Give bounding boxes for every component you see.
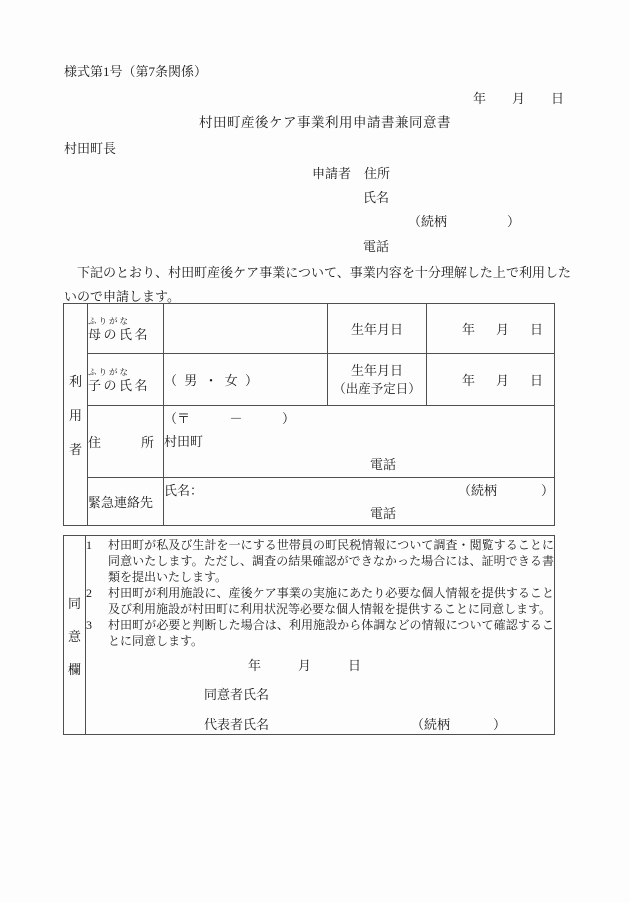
mother-furigana-label: ふりがな	[88, 316, 163, 327]
consent-item-number: 2	[86, 585, 108, 617]
postal-open-paren: （〒	[164, 407, 190, 430]
relation-close-paren: ）	[507, 211, 520, 230]
applicant-phone-label: 電話	[363, 236, 389, 255]
intro-paragraph: 下記のとおり、村田町産後ケア事業について、事業内容を十分理解した上で利用したいの…	[64, 261, 571, 309]
mother-birth-field: 年 月 日	[427, 304, 555, 354]
child-row: ふりがな 子の氏名 （ 男 ・ 女 ） 生年月日 （出産予定日） 年 月 日	[64, 354, 555, 406]
applicant-address-label: 住所	[364, 163, 390, 182]
issue-date-line: 年 月 日	[473, 88, 564, 107]
form-number: 様式第1号（第7条関係）	[64, 61, 207, 80]
date-month-label: 月	[496, 370, 509, 389]
date-day-label: 日	[551, 88, 564, 107]
mother-label-cell: ふりがな 母の氏名	[88, 304, 164, 354]
applicant-relation-line: （続柄 ）	[408, 211, 520, 230]
applicant-name-label: 氏名	[363, 187, 389, 206]
applicant-label: 申請者	[312, 163, 351, 182]
consent-item: 2 村田町が利用施設に、産後ケア事業の実施にあたり必要な個人情報を提供すること及…	[86, 585, 554, 617]
date-month-label: 月	[496, 319, 509, 338]
emergency-name-label: 氏名：	[164, 479, 203, 502]
consent-item-text: 村田町が私及び生計を一にする世帯員の町民税情報について調査・閲覧することに同意い…	[108, 537, 554, 585]
child-birth-field: 年 月 日	[427, 354, 555, 406]
addressee: 村田町長	[64, 138, 116, 157]
consent-table: 同意欄 1 村田町が私及び生計を一にする世帯員の町民税情報について調査・閲覧する…	[63, 535, 555, 735]
date-year-label: 年	[248, 655, 261, 674]
consenter-name-label: 同意者氏名	[204, 684, 554, 703]
application-form-page: 様式第1号（第7条関係） 年 月 日 村田町産後ケア事業利用申請書兼同意書 村田…	[0, 0, 630, 903]
date-year-label: 年	[473, 88, 486, 107]
consent-item-number: 3	[86, 617, 108, 649]
address-label: 住所	[88, 432, 154, 451]
emergency-row: 緊急連絡先 氏名： （続柄 ） 電話	[64, 478, 555, 526]
consent-body: 1 村田町が私及び生計を一にする世帯員の町民税情報について調査・閲覧することに同…	[86, 536, 555, 735]
emergency-label: 緊急連絡先	[88, 478, 164, 526]
address-label-cell: 住所	[88, 406, 164, 478]
document-title: 村田町産後ケア事業利用申請書兼同意書	[0, 111, 630, 131]
relation-open-paren: （続柄	[458, 479, 497, 502]
child-name-label: 子の氏名	[88, 379, 163, 393]
child-label-cell: ふりがな 子の氏名	[88, 354, 164, 406]
date-month-label: 月	[512, 88, 525, 107]
consent-item: 3 村田町が必要と判断した場合は、利用施設から体調などの情報について確認すること…	[86, 617, 554, 649]
representative-line: 代表者氏名 （続柄 ）	[204, 714, 506, 733]
mother-row: 利用者 ふりがな 母の氏名 生年月日 年 月 日	[64, 304, 555, 354]
consent-date-line: 年 月 日	[248, 655, 554, 674]
user-side-label: 利用者	[64, 304, 87, 525]
user-side-cell: 利用者	[64, 304, 88, 526]
consent-item-number: 1	[86, 537, 108, 585]
consent-side-cell: 同意欄	[64, 536, 86, 735]
date-day-label: 日	[530, 370, 543, 389]
representative-relation-line: （続柄 ）	[411, 714, 506, 733]
address-town: 村田町	[164, 430, 554, 453]
date-year-label: 年	[462, 370, 475, 389]
emergency-field: 氏名： （続柄 ） 電話	[164, 478, 555, 526]
address-phone-label: 電話	[212, 453, 554, 476]
date-day-label: 日	[530, 319, 543, 338]
child-sex-options: （ 男 ・ 女 ）	[164, 354, 328, 406]
consent-side-label: 同意欄	[64, 593, 85, 678]
mother-name-field	[164, 304, 328, 354]
user-info-table: 利用者 ふりがな 母の氏名 生年月日 年 月 日 ふりがな 子の氏名 （ 男 ・…	[63, 303, 555, 526]
child-birth-label: 生年月日	[328, 361, 426, 380]
address-row: 住所 （〒 － ） 村田町 電話	[64, 406, 555, 478]
date-year-label: 年	[462, 319, 475, 338]
mother-birth-label: 生年月日	[328, 304, 427, 354]
emergency-name-line: 氏名： （続柄 ）	[164, 479, 554, 502]
relation-close-paren: ）	[541, 479, 554, 502]
postal-close-paren: ）	[282, 407, 295, 430]
mother-name-label: 母の氏名	[88, 328, 163, 342]
consent-item-text: 村田町が利用施設に、産後ケア事業の実施にあたり必要な個人情報を提供すること及び利…	[108, 585, 554, 617]
child-furigana-label: ふりがな	[88, 367, 163, 378]
address-field: （〒 － ） 村田町 電話	[164, 406, 555, 478]
consent-item-text: 村田町が必要と判断した場合は、利用施設から体調などの情報について確認することに同…	[108, 617, 554, 649]
child-birth-note: （出産予定日）	[328, 380, 426, 399]
emergency-relation-line: （続柄 ）	[458, 479, 554, 502]
date-day-label: 日	[348, 655, 361, 674]
applicant-address-line: 申請者 住所	[312, 163, 390, 182]
representative-name-label: 代表者氏名	[204, 714, 269, 733]
consent-item: 1 村田町が私及び生計を一にする世帯員の町民税情報について調査・閲覧することに同…	[86, 537, 554, 585]
emergency-phone-label: 電話	[212, 502, 554, 525]
postal-dash: －	[229, 407, 242, 430]
relation-close-paren: ）	[493, 714, 506, 733]
child-birth-label-cell: 生年月日 （出産予定日）	[328, 354, 427, 406]
date-month-label: 月	[298, 655, 311, 674]
relation-open-paren: （続柄	[408, 211, 447, 230]
postal-code-line: （〒 － ）	[164, 407, 295, 430]
relation-open-paren: （続柄	[411, 714, 450, 733]
